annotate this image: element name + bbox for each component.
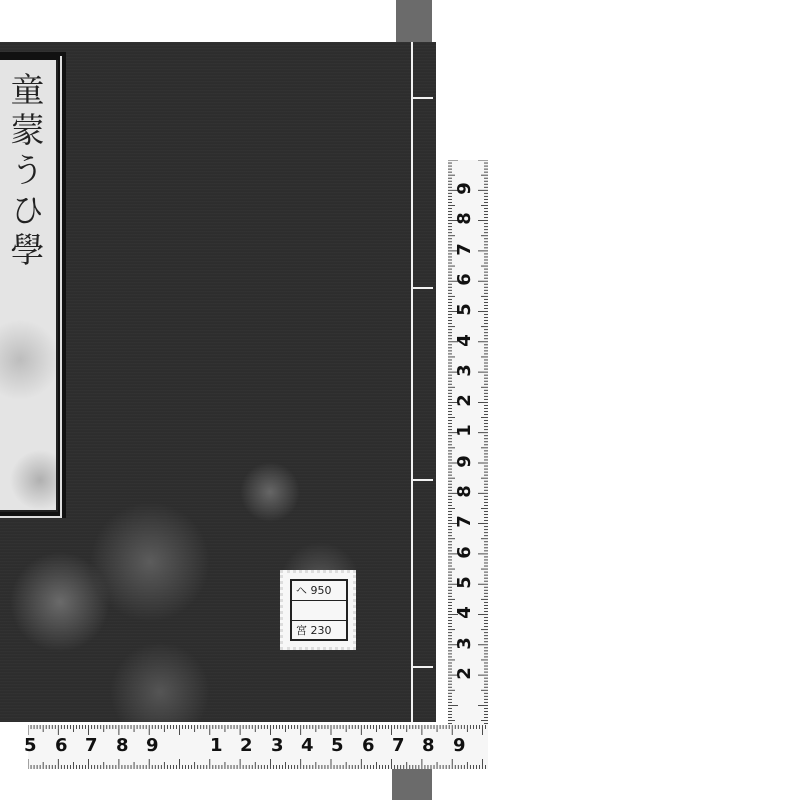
ruler-label: 5 [24,735,37,756]
ruler-label: 7 [392,735,405,756]
library-call-label: ヘ 950 宮 230 [280,570,356,650]
ruler-label: 7 [454,516,475,529]
ruler-label: 8 [454,485,475,498]
ruler-label: 6 [454,273,475,286]
call-label-box: ヘ 950 宮 230 [290,579,348,641]
stitch-hole-3 [411,479,433,481]
ruler-label: 5 [454,303,475,316]
call-label-top: ヘ 950 [292,581,346,601]
ruler-label: 5 [454,576,475,589]
call-label-middle [292,601,346,621]
ruler-label: 7 [454,243,475,256]
horizontal-scale-ruler: 56789123456789 [28,725,488,769]
ruler-label: 4 [454,606,475,619]
ruler-label: 6 [362,735,375,756]
stitch-hole-4 [411,666,433,668]
ruler-label: 5 [331,735,344,756]
binding-strap-bottom [392,766,432,800]
stitch-hole-2 [411,287,433,289]
ruler-label: 6 [55,735,68,756]
call-label-bottom: 宮 230 [292,621,346,640]
ruler-label: 4 [454,334,475,347]
ruler-label: 2 [454,667,475,680]
title-slip-paper: 童蒙うひ學 [0,60,58,512]
ruler-label: 8 [116,735,129,756]
book-title: 童蒙うひ學 [4,72,44,272]
ruler-label: 6 [454,546,475,559]
stitch-line [411,42,413,722]
ruler-label: 3 [454,364,475,377]
ruler-label: 2 [240,735,253,756]
ruler-label: 9 [453,735,466,756]
ruler-label: 9 [454,455,475,468]
binding-strap-top [396,0,432,44]
ruler-label: 3 [454,637,475,650]
ruler-label: 1 [210,735,223,756]
stitch-hole-1 [411,97,433,99]
ruler-label: 2 [454,394,475,407]
ruler-label: 9 [146,735,159,756]
ruler-label: 8 [454,213,475,226]
ruler-label: 4 [301,735,314,756]
title-slip: 童蒙うひ學 [0,52,66,518]
ruler-label: 3 [271,735,284,756]
ruler-label: 9 [454,182,475,195]
ruler-label: 7 [85,735,98,756]
ruler-label: 8 [422,735,435,756]
ruler-label: 1 [454,425,475,438]
vertical-scale-ruler: 98765432198765432 [448,160,488,728]
